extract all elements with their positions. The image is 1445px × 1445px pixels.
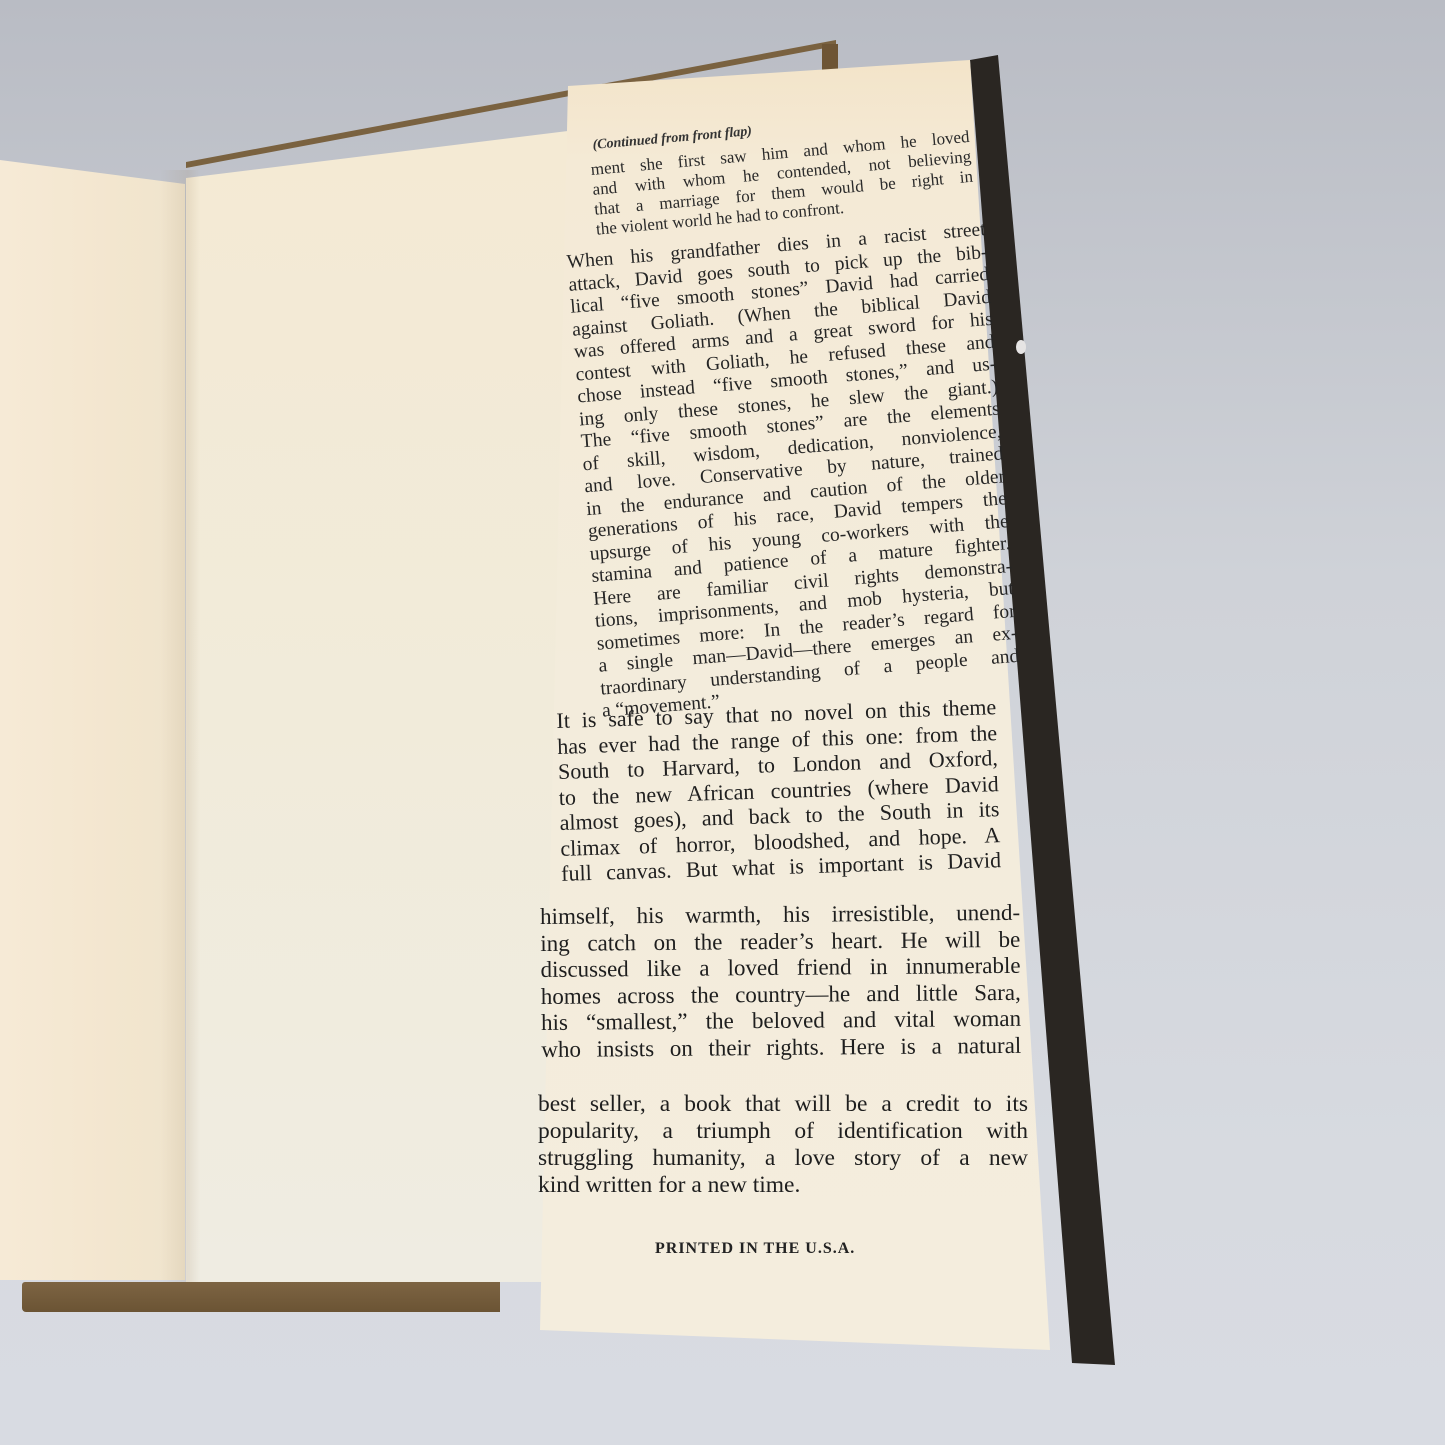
text-line: who insists on their rights. Here is a n…: [541, 1032, 1021, 1063]
flap-paragraph-3: It is safe to say that no novel on this …: [556, 694, 1001, 886]
spine-wear-mark: [1016, 340, 1026, 354]
text-line: best seller, a book that will be a credi…: [538, 1091, 1028, 1118]
text-line: ing catch on the reader’s heart. He will…: [540, 926, 1020, 957]
flap-paragraph-3-end: best seller, a book that will be a credi…: [538, 1091, 1028, 1199]
left-page-edge: [0, 160, 185, 1280]
text-line: his “smallest,” the beloved and vital wo…: [541, 1006, 1021, 1037]
text-line: struggling humanity, a love story of a n…: [538, 1145, 1028, 1172]
text-line: homes across the country—he and little S…: [541, 979, 1021, 1010]
flap-paragraph-3-continued: himself, his warmth, his irresistible, u…: [540, 900, 1021, 1063]
printed-in-usa-label: PRINTED IN THE U.S.A.: [655, 1240, 855, 1258]
flap-paragraph-2: When his grandfather dies in a racist st…: [566, 219, 1022, 723]
book-board-bottom-edge: [22, 1282, 500, 1312]
text-line: discussed like a loved friend in innumer…: [540, 953, 1020, 984]
text-line: kind written for a new time.: [538, 1172, 1028, 1199]
endpaper: [186, 130, 576, 1282]
gutter-shadow: [160, 170, 200, 1282]
text-line: popularity, a triumph of identification …: [538, 1118, 1028, 1145]
text-line: himself, his warmth, his irresistible, u…: [540, 900, 1020, 931]
